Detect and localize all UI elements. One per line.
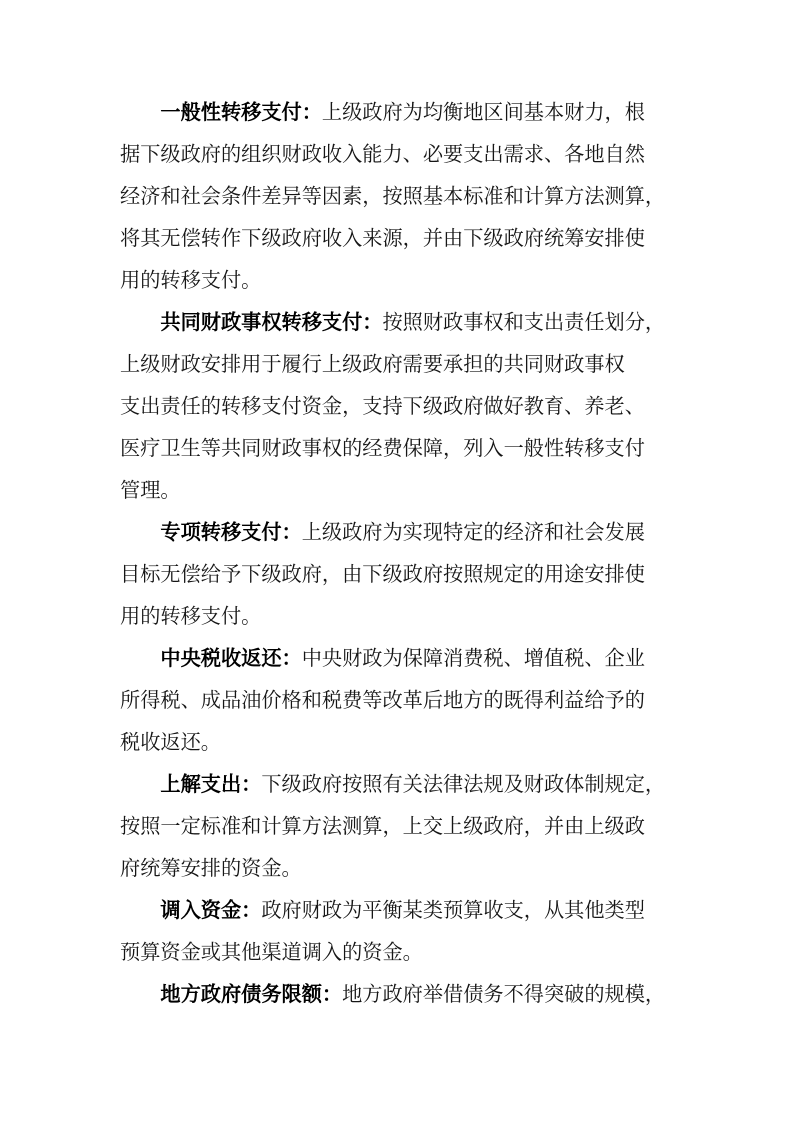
text-line: 医疗卫生等共同财政事权的经费保障，列入一般性转移支付: [120, 428, 650, 470]
definition-text: 政府财政为平衡某类预算收支，从其他类型: [261, 900, 645, 922]
text-line: 专项转移支付：上级政府为实现特定的经济和社会发展: [120, 512, 650, 554]
text-line: 府统筹安排的资金。: [120, 848, 650, 890]
text-line: 所得税、成品油价格和税费等改革后地方的既得利益给予的: [120, 680, 650, 722]
paragraph: 地方政府债务限额：地方政府举借债务不得突破的规模，: [120, 974, 650, 1016]
term-label: 中央税收返还：: [160, 648, 301, 670]
text-line: 用的转移支付。: [120, 260, 650, 302]
term-label: 地方政府债务限额：: [160, 984, 342, 1006]
text-line: 按照一定标准和计算方法测算，上交上级政府，并由上级政: [120, 806, 650, 848]
term-label: 一般性转移支付：: [160, 102, 322, 124]
term-label: 共同财政事权转移支付：: [160, 312, 382, 334]
paragraph: 上解支出：下级政府按照有关法律法规及财政体制规定，按照一定标准和计算方法测算，上…: [120, 764, 650, 890]
text-line: 一般性转移支付：上级政府为均衡地区间基本财力，根: [120, 92, 650, 134]
text-line: 据下级政府的组织财政收入能力、必要支出需求、各地自然: [120, 134, 650, 176]
definition-text: 地方政府举借债务不得突破的规模，: [342, 984, 665, 1006]
text-line: 中央税收返还：中央财政为保障消费税、增值税、企业: [120, 638, 650, 680]
text-line: 地方政府债务限额：地方政府举借债务不得突破的规模，: [120, 974, 650, 1016]
text-line: 调入资金：政府财政为平衡某类预算收支，从其他类型: [120, 890, 650, 932]
text-line: 用的转移支付。: [120, 596, 650, 638]
definition-text: 上级政府为实现特定的经济和社会发展: [302, 522, 645, 544]
text-line: 上解支出：下级政府按照有关法律法规及财政体制规定，: [120, 764, 650, 806]
document-page: 一般性转移支付：上级政府为均衡地区间基本财力，根据下级政府的组织财政收入能力、必…: [0, 0, 793, 1121]
text-line: 目标无偿给予下级政府，由下级政府按照规定的用途安排使: [120, 554, 650, 596]
text-line: 管理。: [120, 470, 650, 512]
term-label: 调入资金：: [160, 900, 261, 922]
paragraph: 专项转移支付：上级政府为实现特定的经济和社会发展目标无偿给予下级政府，由下级政府…: [120, 512, 650, 638]
term-label: 专项转移支付：: [160, 522, 301, 544]
text-line: 经济和社会条件差异等因素，按照基本标准和计算方法测算，: [120, 176, 650, 218]
term-label: 上解支出：: [160, 774, 261, 796]
definition-text: 按照财政事权和支出责任划分，: [382, 312, 665, 334]
text-line: 支出责任的转移支付资金，支持下级政府做好教育、养老、: [120, 386, 650, 428]
definition-text: 中央财政为保障消费税、增值税、企业: [302, 648, 645, 670]
text-line: 税收返还。: [120, 722, 650, 764]
paragraph: 共同财政事权转移支付：按照财政事权和支出责任划分，上级财政安排用于履行上级政府需…: [120, 302, 650, 512]
text-line: 上级财政安排用于履行上级政府需要承担的共同财政事权: [120, 344, 650, 386]
definition-text: 下级政府按照有关法律法规及财政体制规定，: [261, 774, 665, 796]
text-line: 将其无偿转作下级政府收入来源，并由下级政府统筹安排使: [120, 218, 650, 260]
document-body: 一般性转移支付：上级政府为均衡地区间基本财力，根据下级政府的组织财政收入能力、必…: [120, 92, 650, 1016]
definition-text: 上级政府为均衡地区间基本财力，根: [322, 102, 645, 124]
paragraph: 一般性转移支付：上级政府为均衡地区间基本财力，根据下级政府的组织财政收入能力、必…: [120, 92, 650, 302]
paragraph: 中央税收返还：中央财政为保障消费税、增值税、企业所得税、成品油价格和税费等改革后…: [120, 638, 650, 764]
text-line: 共同财政事权转移支付：按照财政事权和支出责任划分，: [120, 302, 650, 344]
text-line: 预算资金或其他渠道调入的资金。: [120, 932, 650, 974]
paragraph: 调入资金：政府财政为平衡某类预算收支，从其他类型预算资金或其他渠道调入的资金。: [120, 890, 650, 974]
